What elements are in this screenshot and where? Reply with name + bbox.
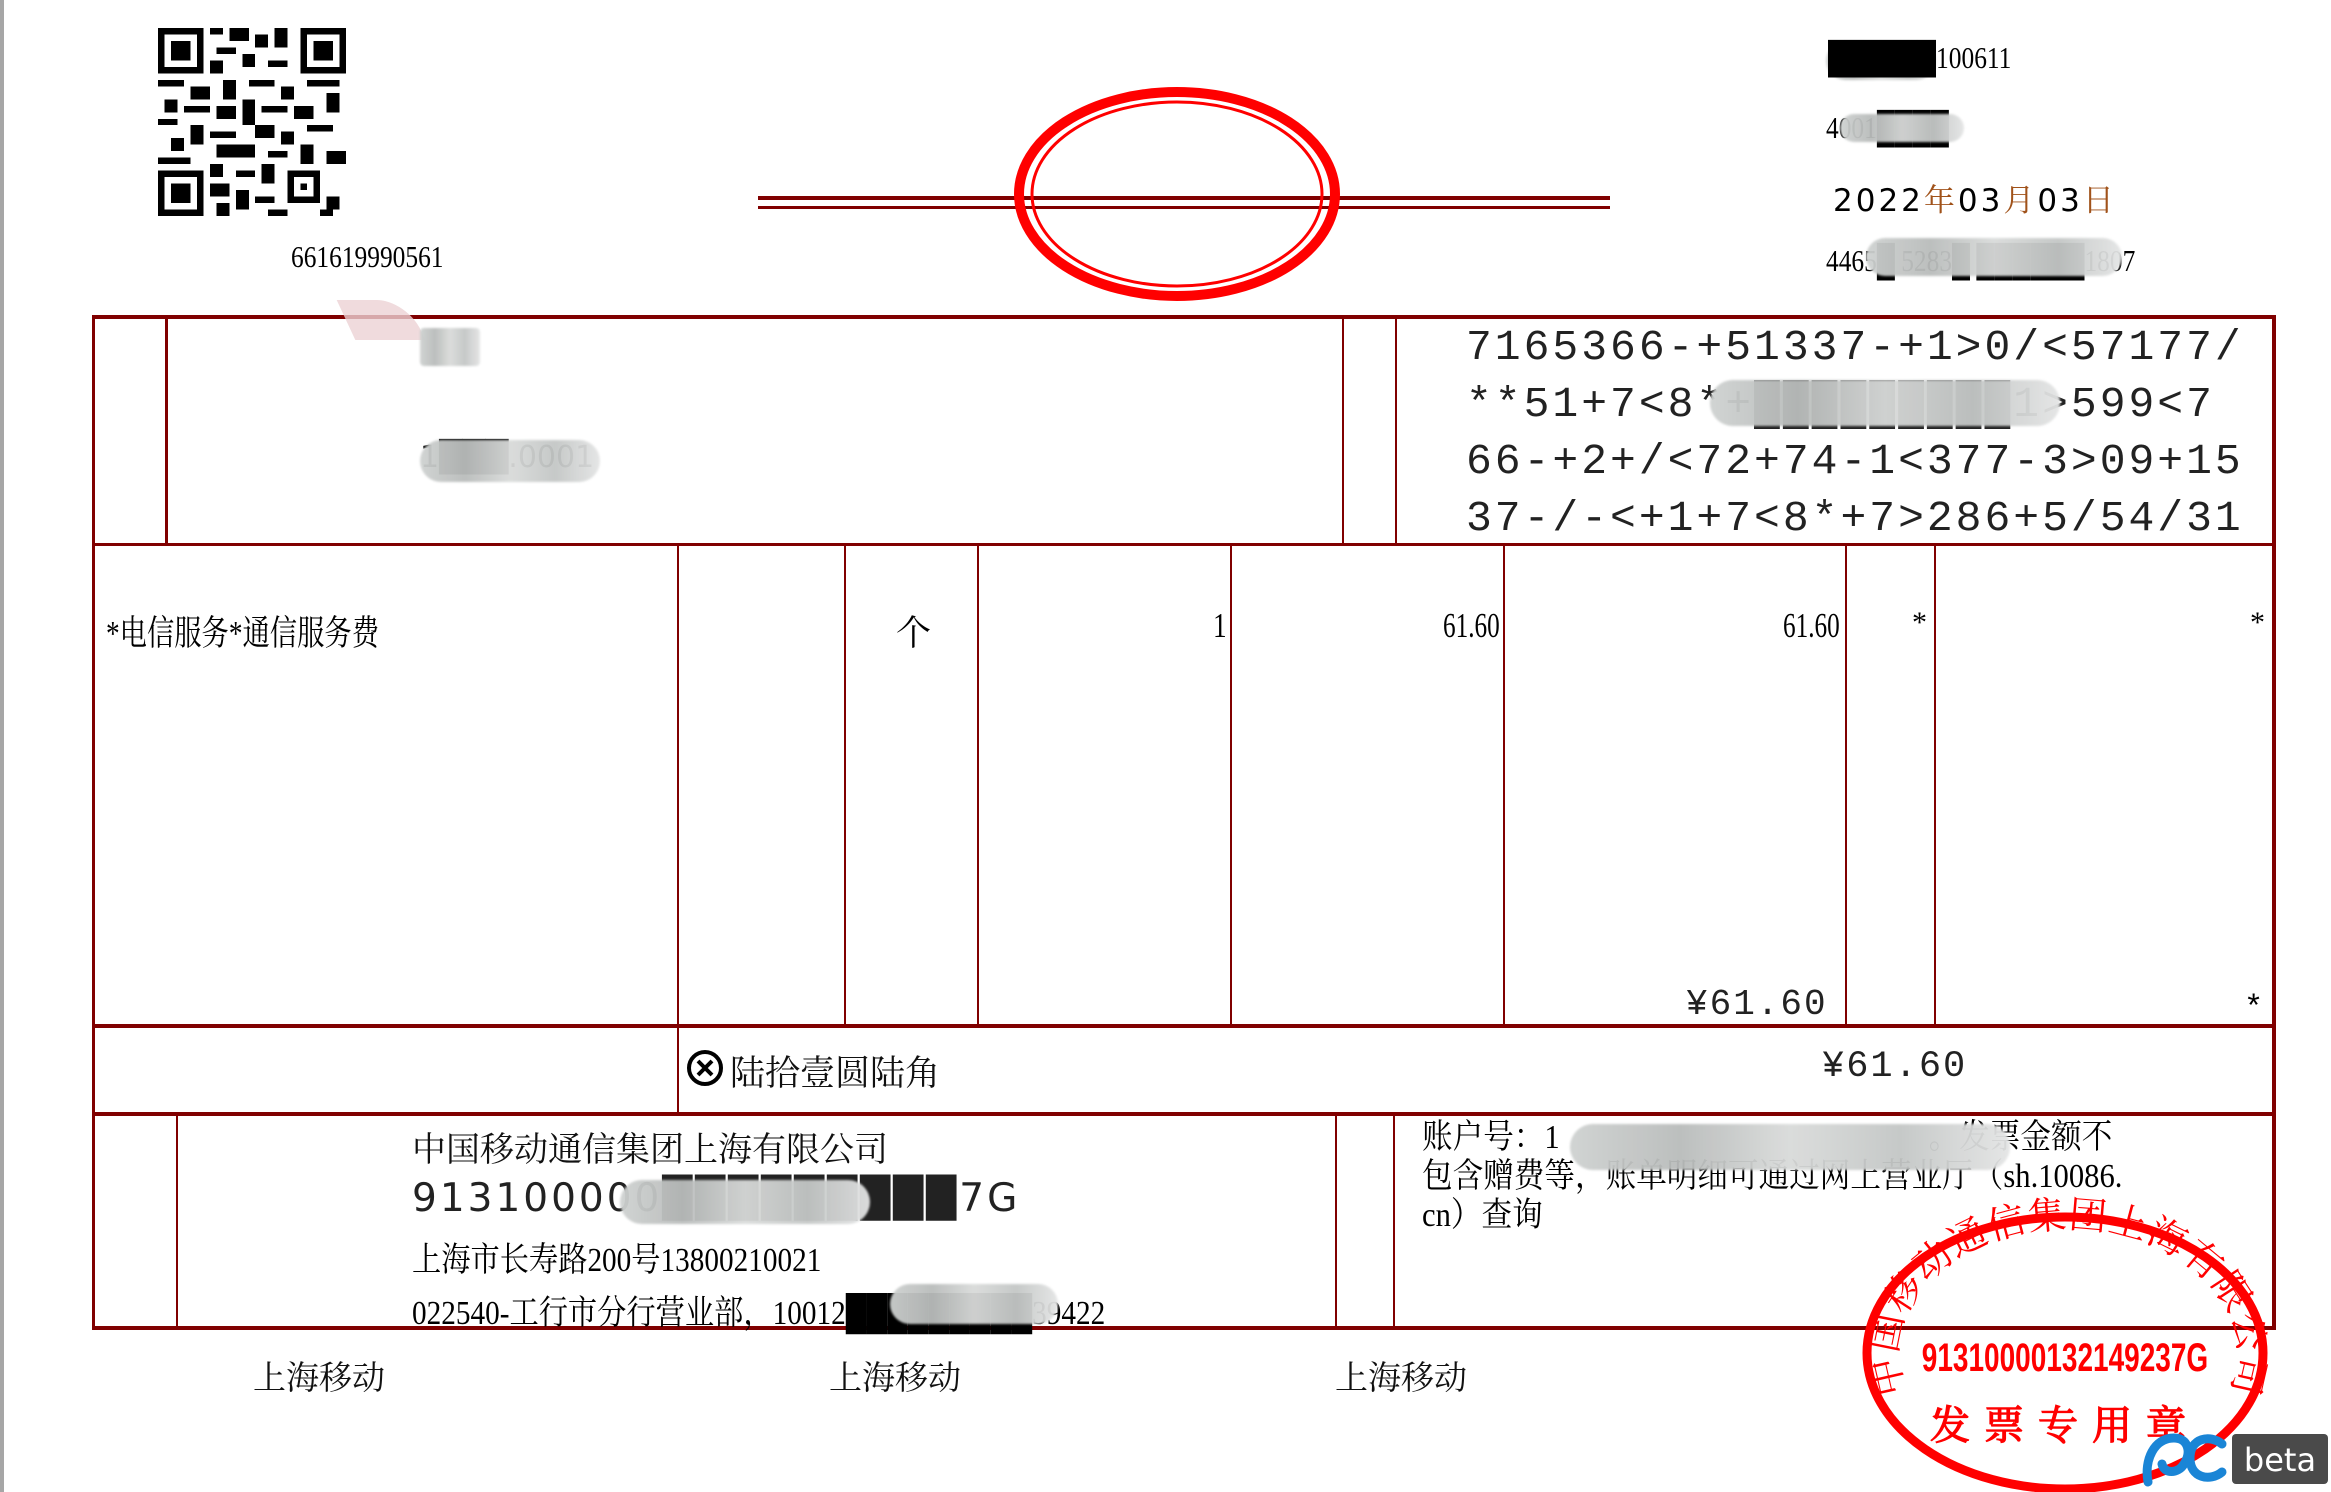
redaction xyxy=(1570,1124,2010,1170)
drawer-signature: 上海移动 xyxy=(1335,1352,1467,1399)
item-row: *电信服务*通信服务费 xyxy=(106,606,456,656)
cipher-label-right xyxy=(1395,315,1397,545)
redaction xyxy=(1710,380,2060,426)
seller-address-phone: 上海市长寿路200号13800210021 xyxy=(412,1232,821,1281)
table-divider-items xyxy=(92,1024,2276,1028)
remarks-label-right xyxy=(1393,1114,1395,1328)
item-unit-price: 61.60 xyxy=(1380,606,1500,646)
circled-x-icon xyxy=(686,1049,724,1087)
redaction xyxy=(1840,114,1964,142)
col-divider-qty xyxy=(977,545,979,1026)
total-amount: ¥61.60 xyxy=(1822,1046,1967,1088)
buyer-name: ██ xyxy=(420,326,474,366)
col-divider-tax xyxy=(1934,545,1936,1026)
subtotal-tax: * xyxy=(2244,990,2263,1027)
item-quantity: 1 xyxy=(1213,606,1227,646)
col-divider-rate xyxy=(1845,545,1847,1026)
svg-text:beta: beta xyxy=(2244,1441,2316,1479)
col-divider-price xyxy=(1230,545,1232,1026)
subtotal-amount: ¥61.60 xyxy=(1686,984,1828,1025)
seller-label-divider xyxy=(176,1114,178,1328)
item-name: *电信服务*通信服务费 xyxy=(106,606,379,656)
qr-code xyxy=(157,28,347,216)
redaction xyxy=(420,440,600,482)
svg-text:91310000132149237G: 91310000132149237G xyxy=(1922,1336,2208,1380)
item-tax: * xyxy=(2250,606,2265,640)
cipher-label-left xyxy=(1342,315,1344,545)
payee-signature: 上海移动 xyxy=(253,1352,385,1399)
col-divider-spec xyxy=(677,545,679,1115)
redaction xyxy=(620,1180,870,1224)
item-unit: 个 xyxy=(896,606,931,656)
buyer-label-divider xyxy=(165,315,168,545)
cipher-area: 7165366-+51337-+1>0/<57177/**51+7<8*+███… xyxy=(1466,319,2244,547)
total-amount-words: 陆拾壹圆陆角 xyxy=(730,1046,940,1096)
page-left-border xyxy=(0,0,4,1492)
redaction xyxy=(890,1284,1058,1324)
col-divider-unit xyxy=(844,545,846,1026)
col-divider-amount xyxy=(1503,545,1505,1026)
pc-logo-icon: beta xyxy=(2140,1430,2330,1490)
issue-date: 2022年03月03日 xyxy=(1833,175,2117,220)
redaction xyxy=(1866,238,2122,276)
remarks-label-left xyxy=(1335,1114,1337,1328)
watermark: beta xyxy=(2140,1430,2330,1490)
reviewer-signature: 上海移动 xyxy=(829,1352,961,1399)
national-tax-oval-icon xyxy=(1010,84,1345,304)
item-tax-rate: * xyxy=(1912,606,1927,640)
table-border-left xyxy=(92,315,95,1330)
qr-code-icon xyxy=(157,28,347,216)
qr-code-number: 661619990561 xyxy=(291,239,444,275)
table-divider-total xyxy=(92,1112,2276,1116)
redaction xyxy=(337,300,426,340)
table-border-right xyxy=(2272,315,2276,1330)
invoice-code: ██████100611 xyxy=(1828,40,2011,76)
seller-name: 中国移动通信集团上海有限公司 xyxy=(412,1122,888,1171)
item-amount: 61.60 xyxy=(1720,606,1840,646)
